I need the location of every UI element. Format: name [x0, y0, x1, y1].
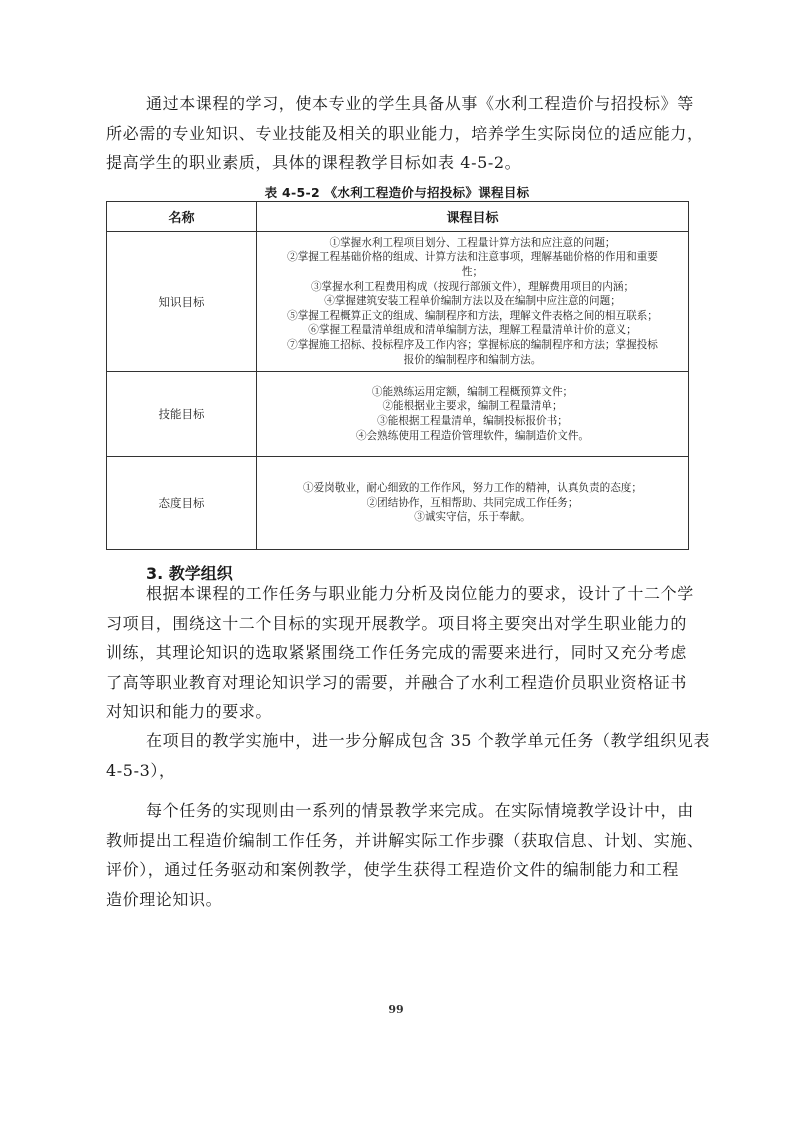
- page-number: 99: [0, 1003, 792, 1016]
- goal-line: ③能根据工程量清单，编制投标报价书；: [261, 414, 684, 429]
- goal-line: ①爱岗敬业，耐心细致的工作作风，努力工作的精神，认真负责的态度；: [261, 481, 684, 496]
- row-name-attitude: 态度目标: [107, 457, 257, 550]
- goal-line: ①掌握水利工程项目划分、工程量计算方法和应注意的问题；: [261, 236, 684, 251]
- text-line: 在项目的教学实施中，进一步分解成包含 35 个教学单元任务（教学组织见表: [106, 726, 690, 756]
- text-line: 提高学生的职业素质，具体的课程教学目标如表 4-5-2。: [106, 148, 690, 178]
- text-line: 造价理论知识。: [106, 885, 690, 915]
- section-paragraph-2: 在项目的教学实施中，进一步分解成包含 35 个教学单元任务（教学组织见表 4-5…: [106, 726, 690, 785]
- text-line: 所必需的专业知识、专业技能及相关的职业能力，培养学生实际岗位的适应能力，: [106, 119, 690, 149]
- goal-line: ②团结协作，互相帮助、共同完成工作任务；: [261, 496, 684, 511]
- goal-line: ②掌握工程基础价格的组成、计算方法和注意事项，理解基础价格的作用和重要: [261, 250, 684, 265]
- table-header-row: 名称 课程目标: [107, 202, 689, 232]
- goal-line: 报价的编制程序和编制方法。: [261, 353, 684, 368]
- text-line: 通过本课程的学习，使本专业的学生具备从事《水利工程造价与招投标》等: [106, 89, 690, 119]
- text-line: 习项目，围绕这十二个目标的实现开展教学。项目将主要突出对学生职业能力的: [106, 609, 690, 639]
- text-line: 4-5-3），: [106, 756, 690, 786]
- goal-line: ⑤掌握工程概算正文的组成、编制程序和方法，理解文件表格之间的相互联系；: [261, 309, 684, 324]
- text-line: 每个任务的实现则由一系列的情景教学来完成。在实际情境教学设计中，由: [106, 796, 690, 826]
- course-goals-table: 名称 课程目标 知识目标 ①掌握水利工程项目划分、工程量计算方法和应注意的问题；…: [106, 201, 689, 550]
- section-paragraph-1: 根据本课程的工作任务与职业能力分析及岗位能力的要求，设计了十二个学 习项目，围绕…: [106, 579, 690, 727]
- section-paragraph-3: 每个任务的实现则由一系列的情景教学来完成。在实际情境教学设计中，由 教师提出工程…: [106, 796, 690, 914]
- row-name-skills: 技能目标: [107, 372, 257, 457]
- goal-line: ②能根据业主要求，编制工程量清单；: [261, 399, 684, 414]
- goal-line: ⑦掌握施工招标、投标程序及工作内容；掌握标底的编制程序和方法；掌握投标: [261, 338, 684, 353]
- table-row: 技能目标 ①能熟练运用定额，编制工程概预算文件； ②能根据业主要求，编制工程量清…: [107, 372, 689, 457]
- text-line: 教师提出工程造价编制工作任务，并讲解实际工作步骤（获取信息、计划、实施、: [106, 826, 690, 856]
- text-line: 评价），通过任务驱动和案例教学，使学生获得工程造价文件的编制能力和工程: [106, 855, 690, 885]
- text-line: 了高等职业教育对理论知识学习的需要，并融合了水利工程造价员职业资格证书: [106, 668, 690, 698]
- goal-line: ⑥掌握工程量清单组成和清单编制方法，理解工程量清单计价的意义；: [261, 323, 684, 338]
- column-header-goals: 课程目标: [257, 202, 689, 232]
- row-goals-attitude: ①爱岗敬业，耐心细致的工作作风，努力工作的精神，认真负责的态度； ②团结协作，互…: [257, 457, 689, 550]
- text-line: 训练，其理论知识的选取紧紧围绕工作任务完成的需要来进行，同时又充分考虑: [106, 638, 690, 668]
- row-name-knowledge: 知识目标: [107, 232, 257, 372]
- table-caption: 表 4-5-2 《水利工程造价与招投标》课程目标: [106, 184, 688, 202]
- goal-line: ④掌握建筑安装工程单价编制方法以及在编制中应注意的问题；: [261, 294, 684, 309]
- table-row: 知识目标 ①掌握水利工程项目划分、工程量计算方法和应注意的问题； ②掌握工程基础…: [107, 232, 689, 372]
- intro-paragraph: 通过本课程的学习，使本专业的学生具备从事《水利工程造价与招投标》等 所必需的专业…: [106, 89, 690, 178]
- column-header-name: 名称: [107, 202, 257, 232]
- text-line: 根据本课程的工作任务与职业能力分析及岗位能力的要求，设计了十二个学: [106, 579, 690, 609]
- goal-line: ④会熟练使用工程造价管理软件，编制造价文件。: [261, 429, 684, 444]
- row-goals-skills: ①能熟练运用定额，编制工程概预算文件； ②能根据业主要求，编制工程量清单； ③能…: [257, 372, 689, 457]
- goal-line: ③诚实守信，乐于奉献。: [261, 510, 684, 525]
- row-goals-knowledge: ①掌握水利工程项目划分、工程量计算方法和应注意的问题； ②掌握工程基础价格的组成…: [257, 232, 689, 372]
- text-line: 对知识和能力的要求。: [106, 697, 690, 727]
- goal-line: ③掌握水利工程费用构成（按现行部颁文件），理解费用项目的内涵；: [261, 280, 684, 295]
- goal-line: ①能熟练运用定额，编制工程概预算文件；: [261, 385, 684, 400]
- goal-line: 性；: [261, 265, 684, 280]
- table-row: 态度目标 ①爱岗敬业，耐心细致的工作作风，努力工作的精神，认真负责的态度； ②团…: [107, 457, 689, 550]
